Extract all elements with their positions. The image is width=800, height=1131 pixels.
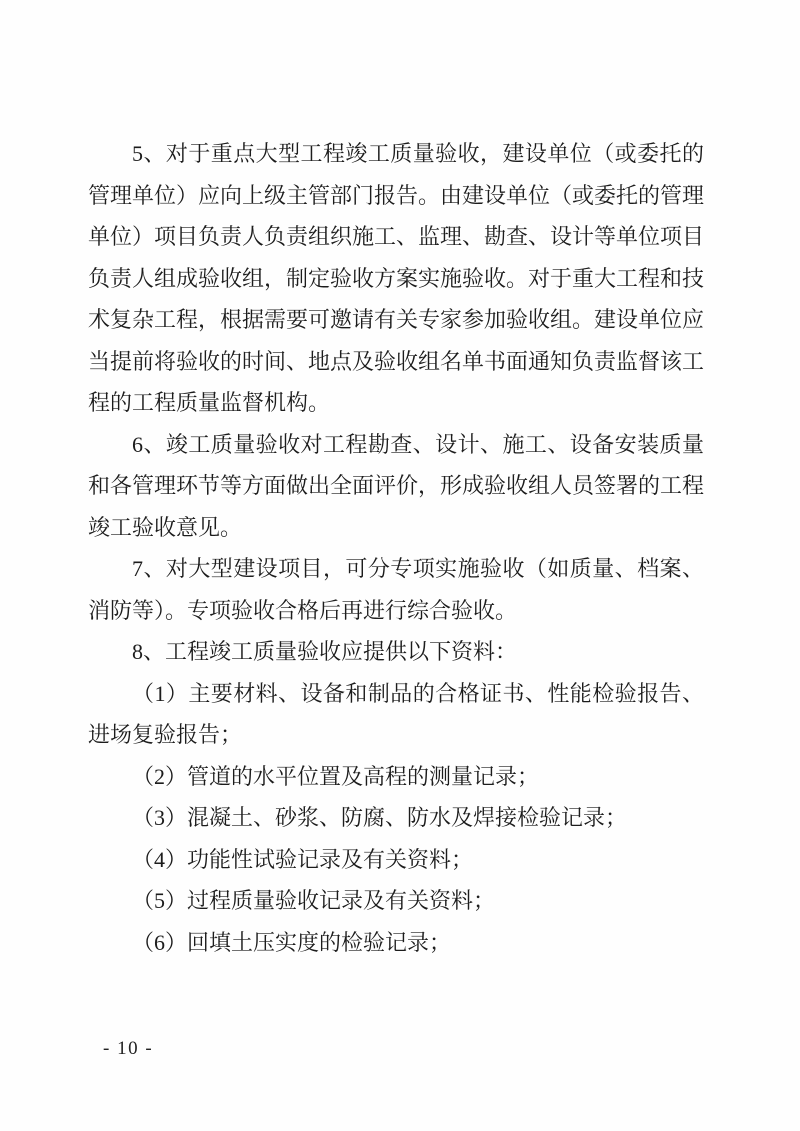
document-text-block: 5、对于重点大型工程竣工质量验收，建设单位（或委托的管理单位）应向上级主管部门报… [88, 133, 704, 963]
list-item-3: （3）混凝土、砂浆、防腐、防水及焊接检验记录； [88, 797, 704, 839]
list-item-1: （1）主要材料、设备和制品的合格证书、性能检验报告、进场复验报告； [88, 673, 704, 756]
list-item-4: （4）功能性试验记录及有关资料； [88, 839, 704, 881]
list-item-2: （2）管道的水平位置及高程的测量记录； [88, 756, 704, 798]
paragraph-item-6: 6、竣工质量验收对工程勘查、设计、施工、设备安装质量和各管理环节等方面做出全面评… [88, 424, 704, 549]
list-item-5: （5）过程质量验收记录及有关资料； [88, 880, 704, 922]
list-item-6: （6）回填土压实度的检验记录； [88, 922, 704, 964]
paragraph-item-5: 5、对于重点大型工程竣工质量验收，建设单位（或委托的管理单位）应向上级主管部门报… [88, 133, 704, 424]
paragraph-item-8: 8、工程竣工质量验收应提供以下资料： [88, 631, 704, 673]
document-page: 5、对于重点大型工程竣工质量验收，建设单位（或委托的管理单位）应向上级主管部门报… [0, 0, 800, 1131]
paragraph-item-7: 7、对大型建设项目，可分专项实施验收（如质量、档案、消防等）。专项验收合格后再进… [88, 548, 704, 631]
page-number: - 10 - [103, 1038, 153, 1060]
